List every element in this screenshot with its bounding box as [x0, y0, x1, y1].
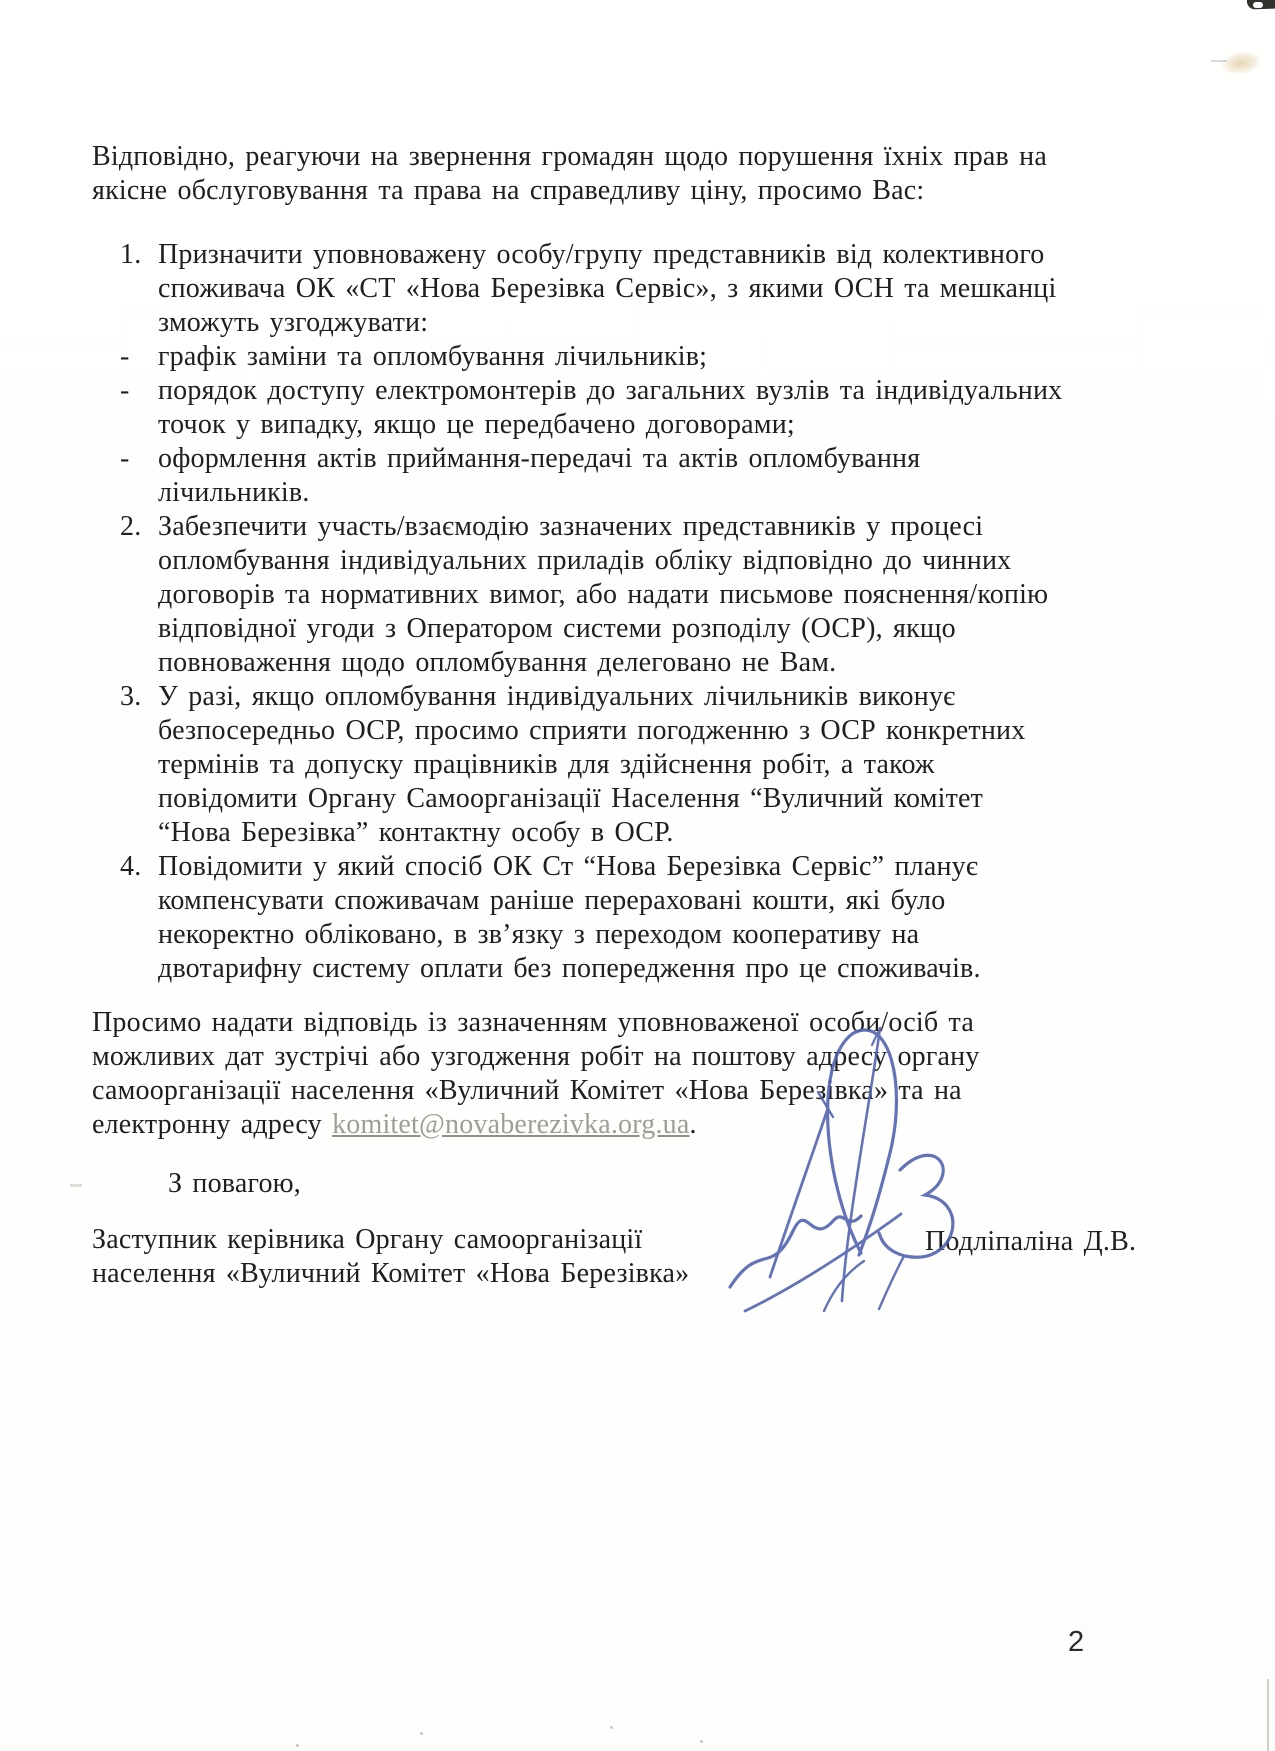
request-list: 1. Призначити уповноважену особу/групу п… [92, 238, 1192, 986]
dash-item-line: оформлення актів приймання-передачі та а… [158, 442, 1192, 476]
dash-item-2: - порядок доступу електромонтерів до заг… [92, 374, 1192, 442]
letter-body: Відповідно, реагуючи на звернення громад… [92, 140, 1192, 1291]
closing-paragraph: Просимо надати відповідь із зазначенням … [92, 1006, 1192, 1142]
scan-dash-artifact [1211, 60, 1227, 62]
dash-marker: - [92, 374, 158, 442]
closing-line: Просимо надати відповідь із зазначенням … [92, 1006, 1192, 1040]
list-item-line: двотарифну систему оплати без попереджен… [158, 952, 1192, 986]
scan-speck [420, 1732, 423, 1735]
list-item-line: зможуть узгоджувати: [158, 306, 1192, 340]
closing-email-line: електронну адресу komitet@novaberezivka.… [92, 1108, 1192, 1142]
list-item-line: договорів та нормативних вимог, або нада… [158, 578, 1192, 612]
signature-block: Заступник керівника Органу самоорганізац… [92, 1223, 1192, 1291]
intro-line: Відповідно, реагуючи на звернення громад… [92, 140, 1192, 174]
dash-item-line: лічильників. [158, 476, 1192, 510]
scan-corner-notch [1253, 2, 1263, 8]
intro-paragraph: Відповідно, реагуючи на звернення громад… [92, 140, 1192, 208]
closing-line: можливих дат зустрічі або узгодження роб… [92, 1040, 1192, 1074]
list-item-line: Забезпечити участь/взаємодію зазначених … [158, 510, 1192, 544]
list-marker: 1. [92, 238, 158, 340]
list-item-line: Призначити уповноважену особу/групу пред… [158, 238, 1192, 272]
scan-smudge-artifact [1220, 49, 1263, 76]
page-number: 2 [1068, 1626, 1084, 1659]
scan-speck [296, 1744, 299, 1747]
list-item-2: 2. Забезпечити участь/взаємодію зазначен… [92, 510, 1192, 680]
email-link[interactable]: komitet@novaberezivka.org.ua [332, 1109, 689, 1140]
list-item-line: термінів та допуску працівників для здій… [158, 748, 1192, 782]
list-marker: 2. [92, 510, 158, 680]
dash-marker: - [92, 442, 158, 510]
scan-speck [700, 1740, 703, 1743]
dash-item-3: - оформлення актів приймання-передачі та… [92, 442, 1192, 510]
list-item-line: відповідної угоди з Оператором системи р… [158, 612, 1192, 646]
handwritten-signature [675, 1015, 975, 1315]
signer-title-line: населення «Вуличний Комітет «Нова Березі… [92, 1257, 1192, 1291]
email-prefix: електронну адресу [92, 1109, 332, 1140]
dash-marker: - [92, 340, 158, 374]
list-marker: 3. [92, 680, 158, 850]
list-item-line: опломбування індивідуальних приладів обл… [158, 544, 1192, 578]
list-item-line: “Нова Березівка” контактну особу в ОСР. [158, 816, 1192, 850]
scan-edge-line [1267, 1679, 1269, 1751]
dash-item-line: графік заміни та опломбування лічильникі… [158, 340, 1192, 374]
dash-item-line: точок у випадку, якщо це передбачено дог… [158, 408, 1192, 442]
list-item-line: Повідомити у який спосіб ОК Ст “Нова Бер… [158, 850, 1192, 884]
list-item-4: 4. Повідомити у який спосіб ОК Ст “Нова … [92, 850, 1192, 986]
scanned-letter-page: Відповідно, реагуючи на звернення громад… [0, 0, 1275, 1751]
list-item-1: 1. Призначити уповноважену особу/групу п… [92, 238, 1192, 340]
list-item-line: повноваження щодо опломбування делегован… [158, 646, 1192, 680]
list-item-line: компенсувати споживачам раніше перерахов… [158, 884, 1192, 918]
list-item-line: безпосередньо ОСР, просимо сприяти погод… [158, 714, 1192, 748]
list-item-line: повідомити Органу Самоорганізації Населе… [158, 782, 1192, 816]
list-item-line: У разі, якщо опломбування індивідуальних… [158, 680, 1192, 714]
list-item-3: 3. У разі, якщо опломбування індивідуаль… [92, 680, 1192, 850]
scan-speck [610, 1726, 613, 1729]
dash-item-line: порядок доступу електромонтерів до загал… [158, 374, 1192, 408]
scan-left-artifact [70, 1184, 82, 1187]
dash-item-1: - графік заміни та опломбування лічильни… [92, 340, 1192, 374]
list-item-line: некоректно обліковано, в зв’язку з перех… [158, 918, 1192, 952]
list-item-line: споживача ОК «СТ «Нова Березівка Сервіс»… [158, 272, 1192, 306]
list-marker: 4. [92, 850, 158, 986]
intro-line: якісне обслуговування та права на справе… [92, 174, 1192, 208]
closing-line: самоорганізації населення «Вуличний Комі… [92, 1074, 1192, 1108]
